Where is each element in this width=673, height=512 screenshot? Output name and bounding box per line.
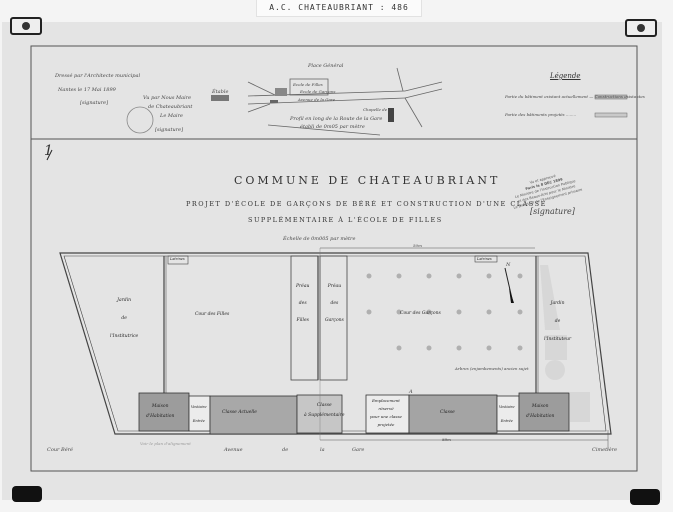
room-label: Maison xyxy=(526,402,554,412)
room-label: projetée xyxy=(370,421,402,429)
approval-mid-signature: [signature] xyxy=(155,127,183,133)
room-label: à Supplémentaire xyxy=(304,411,345,421)
room-latrines-left: Latrines xyxy=(170,257,185,261)
room-label: des xyxy=(325,295,344,312)
site-label-ecole-garcons: Ecole de Garçons xyxy=(300,89,335,94)
room-preau-garcons: Préau des Garçons xyxy=(325,278,344,329)
site-label-ecole-filles: Ecole de Filles xyxy=(293,82,323,87)
room-classe-supplementaire: Classe à Supplémentaire xyxy=(304,401,345,421)
room-label: l'Institutrice xyxy=(110,328,138,346)
approval-mid-line3: Le Maire xyxy=(160,113,183,119)
scale-note: Échelle de 0m005 par mètre xyxy=(283,236,355,242)
room-label: pour une classe xyxy=(370,413,402,421)
room-label: Préau xyxy=(296,278,309,295)
legend-title: Légende xyxy=(550,72,581,80)
street-avenue-4: Gare xyxy=(352,447,364,453)
room-label: de xyxy=(544,313,571,331)
room-label: Filles xyxy=(296,312,309,329)
street-avenue-1: Avenue xyxy=(224,447,243,453)
room-label: réservé xyxy=(370,405,402,413)
sheet-number: 1 xyxy=(44,143,53,159)
clip-pad-bottom-right xyxy=(630,489,660,505)
street-avenue-3: la xyxy=(320,447,325,453)
site-label-place: Place Général xyxy=(308,63,343,69)
street-right: Cimetière xyxy=(592,447,617,453)
approval-left-line1: Dressé par l'Architecte municipal xyxy=(55,73,140,79)
site-label-avenue: Avenue de la Gare xyxy=(298,97,335,102)
room-vestibule-right: Vestiaire Entrée xyxy=(499,400,515,428)
point-a: A xyxy=(409,389,413,395)
paper-clip-top-left xyxy=(10,17,42,35)
room-label: Vestiaire xyxy=(191,400,207,414)
room-label: Jardin xyxy=(544,295,571,313)
room-label: d'Habitation xyxy=(526,412,554,422)
room-classe-actuelle: Classe Actuelle xyxy=(222,410,257,415)
room-label: de xyxy=(110,310,138,328)
room-cour-garcons: Cour des Garçons xyxy=(400,311,441,316)
street-left: Cour Béré xyxy=(47,447,73,453)
annotation-arbres: Arbres (enjambements) ancien sujet xyxy=(455,366,529,371)
street-note: Voir le plan d'alignement xyxy=(140,441,191,446)
room-jardin-right: Jardin de l'Instituteur xyxy=(544,295,571,349)
room-cour-filles: Cour des Filles xyxy=(195,312,229,317)
room-maison-left: Maison d'Habitation xyxy=(146,402,174,422)
paper-clip-top-right xyxy=(625,19,657,37)
room-label: Emplacement xyxy=(370,397,402,405)
room-preau-filles: Préau des Filles xyxy=(296,278,309,329)
approval-left-line2: Nantes le 17 Mai 1899 xyxy=(58,87,116,93)
site-label-profil: Profil en long de la Route de la Gare xyxy=(290,116,382,122)
room-label: Maison xyxy=(146,402,174,412)
legend-item-2: Partie des bâtiments projetés ........ xyxy=(505,112,576,117)
room-label: Garçons xyxy=(325,312,344,329)
room-emplacement: Emplacement réservé pour une classe proj… xyxy=(370,397,402,429)
room-jardin-left: Jardin de l'Institutrice xyxy=(110,292,138,346)
dimension-bottom: 88m xyxy=(442,437,451,442)
room-label: Jardin xyxy=(110,292,138,310)
north-label: N xyxy=(506,262,510,268)
legend-item-1: Partie du bâtiment existant actuellement… xyxy=(505,94,645,99)
dimension-top: 50m xyxy=(413,243,422,248)
site-label-etabli: établi de 0m05 par mètre xyxy=(300,124,365,130)
site-left-label: Étable xyxy=(212,89,228,95)
room-maison-right: Maison d'Habitation xyxy=(526,402,554,422)
room-label: l'Instituteur xyxy=(544,331,571,349)
title-main: COMMUNE DE CHATEAUBRIANT xyxy=(234,174,500,187)
street-avenue-2: de xyxy=(282,447,288,453)
approval-left-signature: [signature] xyxy=(80,100,108,106)
room-label: des xyxy=(296,295,309,312)
room-latrines-right: Latrines xyxy=(477,257,492,261)
room-label: Vestiaire xyxy=(499,400,515,414)
room-label: Entrée xyxy=(499,414,515,428)
approval-mid-line2: de Chateaubriant xyxy=(148,104,192,110)
title-line1: PROJET D'ÉCOLE DE GARÇONS DE BÉRÉ ET CON… xyxy=(186,200,547,208)
room-vestibule-left: Vestiaire Entrée xyxy=(191,400,207,428)
room-label: Classe xyxy=(304,401,345,411)
site-label-chapelle: Chapelle de xyxy=(363,107,387,112)
room-label: Préau xyxy=(325,278,344,295)
room-label: Entrée xyxy=(191,414,207,428)
approval-mid-line1: Vu par Nous Maire xyxy=(143,95,191,101)
room-label: d'Habitation xyxy=(146,412,174,422)
stamp-signature: [signature] xyxy=(530,207,575,216)
room-classe-garcons: Classe xyxy=(440,410,455,415)
title-line2: SUPPLÉMENTAIRE À L'ÉCOLE DE FILLES xyxy=(248,216,443,224)
clip-pad-bottom-left xyxy=(12,486,42,502)
